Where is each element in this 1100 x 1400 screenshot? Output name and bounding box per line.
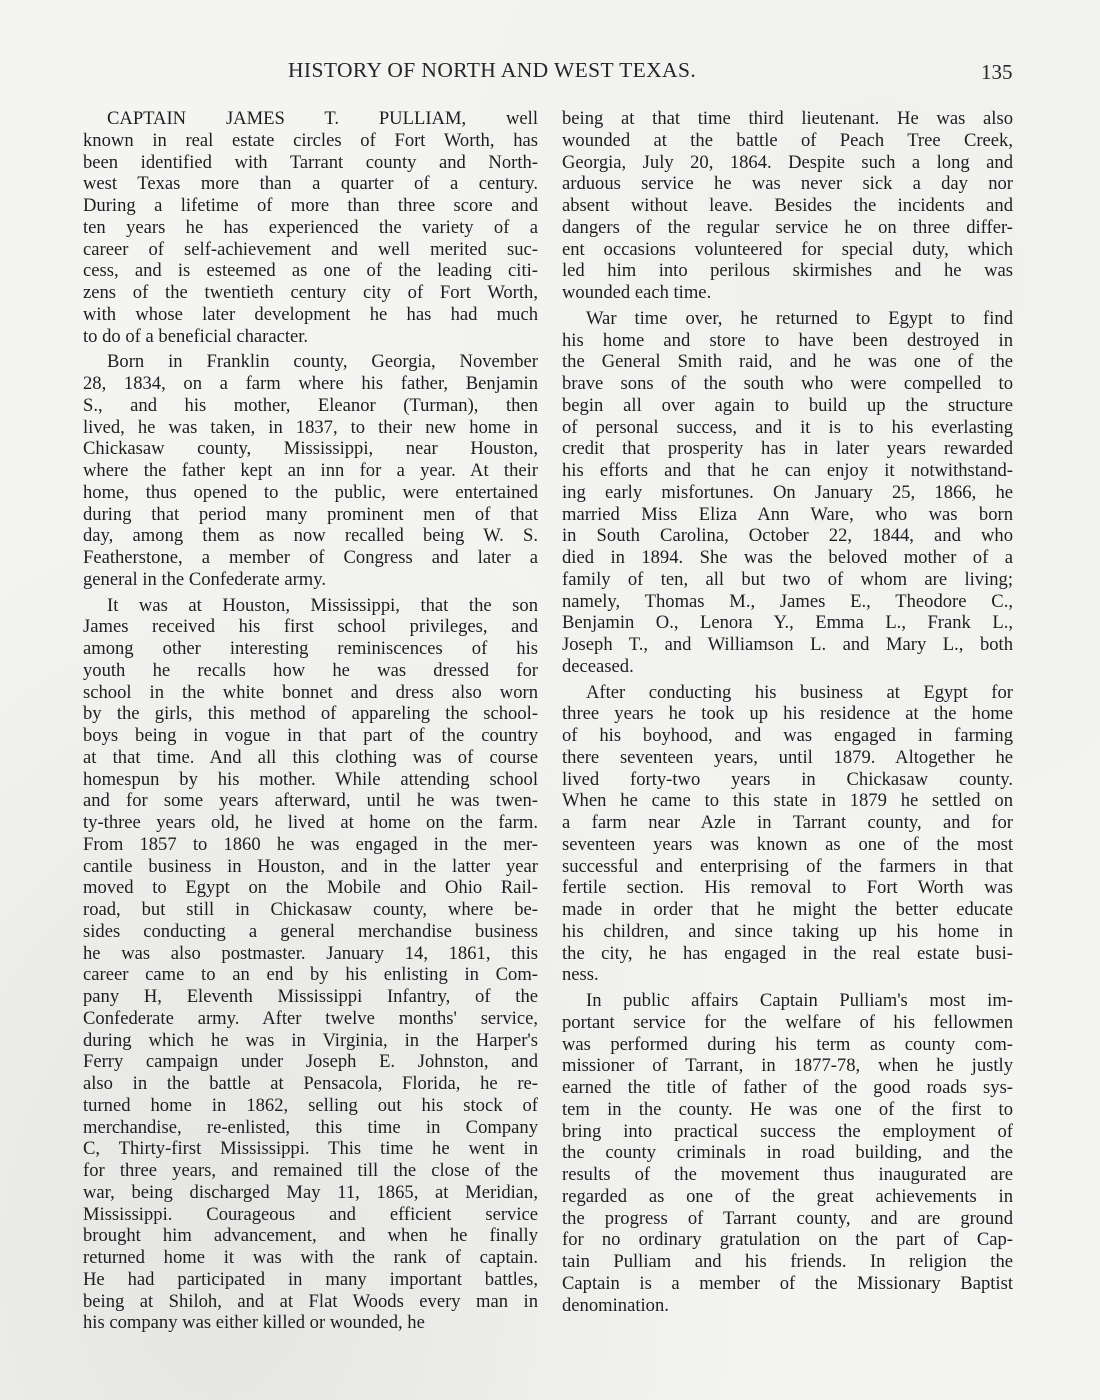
text-line: by the girls, this method of appareling … [83,703,538,725]
text-line: ness. [562,964,1013,986]
text-line: During a lifetime of more than three sco… [83,195,538,217]
text-line: career came to an end by his enlisting i… [83,964,538,986]
page-number: 135 [981,60,1013,85]
text-line: turned home in 1862, selling out his sto… [83,1095,538,1117]
text-line: west Texas more than a quarter of a cent… [83,173,538,195]
text-line: Confederate army. After twelve months' s… [83,1008,538,1030]
text-line: seventeen years was known as one of the … [562,834,1013,856]
paragraph: Born in Franklin county, Georgia, Novemb… [83,351,538,590]
text-line: credit that prosperity has in later year… [562,438,1013,460]
text-line: lived, he was taken, in 1837, to their n… [83,417,538,439]
text-line: road, but still in Chickasaw county, whe… [83,899,538,921]
text-line: brave sons of the south who were compell… [562,373,1013,395]
text-line: his efforts and that he can enjoy it not… [562,460,1013,482]
paragraph: War time over, he returned to Egypt to f… [562,308,1013,678]
text-line: among other interesting reminiscences of… [83,638,538,660]
running-head: HISTORY OF NORTH AND WEST TEXAS. 135 [0,58,1100,88]
text-line: wounded at the battle of Peach Tree Cree… [562,130,1013,152]
text-line: Mississippi. Courageous and efficient se… [83,1204,538,1226]
text-line: zens of the twentieth century city of Fo… [83,282,538,304]
text-line: of personal success, and it is to his ev… [562,417,1013,439]
text-line: After conducting his business at Egypt f… [562,682,1013,704]
text-line: sides conducting a general merchandise b… [83,921,538,943]
text-line: made in order that he might the better e… [562,899,1013,921]
text-line: merchandise, re-enlisted, this time in C… [83,1117,538,1139]
text-line: begin all over again to build up the str… [562,395,1013,417]
text-line: his home and store to have been destroye… [562,330,1013,352]
paragraph: In public affairs Captain Pulliam's most… [562,990,1013,1316]
text-line: arduous service he was never sick a day … [562,173,1013,195]
text-line: the county criminals in road building, a… [562,1142,1013,1164]
text-line: youth he recalls how he was dressed for [83,660,538,682]
text-line: absent without leave. Besides the incide… [562,195,1013,217]
text-line: a farm near Azle in Tarrant county, and … [562,812,1013,834]
text-line: and for some years afterward, until he w… [83,790,538,812]
text-line: cantile business in Houston, and in the … [83,856,538,878]
text-line: being at that time third lieutenant. He … [562,108,1013,130]
text-line: From 1857 to 1860 he was engaged in the … [83,834,538,856]
text-line: War time over, he returned to Egypt to f… [562,308,1013,330]
text-line: denomination. [562,1295,1013,1317]
text-line: Ferry campaign under Joseph E. Johnston,… [83,1051,538,1073]
text-line: ten years he has experienced the variety… [83,217,538,239]
text-line: his company was either killed or wounded… [83,1312,538,1334]
text-line: cess, and is esteemed as one of the lead… [83,260,538,282]
text-line: portant service for the welfare of his f… [562,1012,1013,1034]
text-line: in South Carolina, October 22, 1844, and… [562,525,1013,547]
text-line: there seventeen years, until 1879. Altog… [562,747,1013,769]
text-line: led him into perilous skirmishes and he … [562,260,1013,282]
text-line: Born in Franklin county, Georgia, Novemb… [83,351,538,373]
text-line: James received his first school privileg… [83,616,538,638]
text-line: married Miss Eliza Ann Ware, who was bor… [562,504,1013,526]
text-line: at that time. And all this clothing was … [83,747,538,769]
text-line: When he came to this state in 1879 he se… [562,790,1013,812]
text-line: war, being discharged May 11, 1865, at M… [83,1182,538,1204]
text-line: to do of a beneficial character. [83,326,538,348]
text-line: of his boyhood, and was engaged in farmi… [562,725,1013,747]
running-title: HISTORY OF NORTH AND WEST TEXAS. [288,58,696,83]
text-line: deceased. [562,656,1013,678]
text-line: tain Pulliam and his friends. In religio… [562,1251,1013,1273]
text-line: with whose later development he has had … [83,304,538,326]
text-line: ent occasions volunteered for special du… [562,239,1013,261]
text-line: known in real estate circles of Fort Wor… [83,130,538,152]
paragraph: CAPTAIN JAMES T. PULLIAM, wellknown in r… [83,108,538,347]
text-line: results of the movement thus inaugurated… [562,1164,1013,1186]
text-line: the city, he has engaged in the real est… [562,943,1013,965]
text-line: for three years, and remained till the c… [83,1160,538,1182]
text-line: he was also postmaster. January 14, 1861… [83,943,538,965]
text-line: also in the battle at Pensacola, Florida… [83,1073,538,1095]
text-line: In public affairs Captain Pulliam's most… [562,990,1013,1012]
text-line: Captain is a member of the Missionary Ba… [562,1273,1013,1295]
text-line: tem in the county. He was one of the fir… [562,1099,1013,1121]
text-line: school in the white bonnet and dress als… [83,682,538,704]
text-line: general in the Confederate army. [83,569,538,591]
text-line: moved to Egypt on the Mobile and Ohio Ra… [83,877,538,899]
paragraph: After conducting his business at Egypt f… [562,682,1013,987]
text-line: He had participated in many important ba… [83,1269,538,1291]
text-line: been identified with Tarrant county and … [83,152,538,174]
book-page: HISTORY OF NORTH AND WEST TEXAS. 135 CAP… [0,0,1100,1400]
text-line: family of ten, all but two of whom are l… [562,569,1013,591]
text-line: Benjamin O., Lenora Y., Emma L., Frank L… [562,612,1013,634]
text-line: pany H, Eleventh Mississippi Infantry, o… [83,986,538,1008]
text-line: It was at Houston, Mississippi, that the… [83,595,538,617]
left-column: CAPTAIN JAMES T. PULLIAM, wellknown in r… [83,108,538,1334]
text-line: CAPTAIN JAMES T. PULLIAM, well [83,108,538,130]
text-line: day, among them as now recalled being W.… [83,525,538,547]
text-line: for no ordinary gratulation on the part … [562,1229,1013,1251]
text-line: Featherstone, a member of Congress and l… [83,547,538,569]
text-line: during which he was in Virginia, in the … [83,1030,538,1052]
text-line: career of self-achievement and well meri… [83,239,538,261]
text-line: wounded each time. [562,282,1013,304]
text-line: was performed during his term as county … [562,1034,1013,1056]
text-line: homespun by his mother. While attending … [83,769,538,791]
text-line: three years he took up his residence at … [562,703,1013,725]
text-line: earned the title of father of the good r… [562,1077,1013,1099]
text-line: during that period many prominent men of… [83,504,538,526]
text-line: the progress of Tarrant county, and are … [562,1208,1013,1230]
paragraph: being at that time third lieutenant. He … [562,108,1013,304]
text-line: Chickasaw county, Mississippi, near Hous… [83,438,538,460]
text-line: the General Smith raid, and he was one o… [562,351,1013,373]
paragraph: It was at Houston, Mississippi, that the… [83,595,538,1335]
text-line: C, Thirty-first Mississippi. This time h… [83,1138,538,1160]
text-line: being at Shiloh, and at Flat Woods every… [83,1291,538,1313]
text-line: successful and enterprising of the farme… [562,856,1013,878]
text-line: ing early misfortunes. On January 25, 18… [562,482,1013,504]
text-line: S., and his mother, Eleanor (Turman), th… [83,395,538,417]
text-line: 28, 1834, on a farm where his father, Be… [83,373,538,395]
text-line: ty-three years old, he lived at home on … [83,812,538,834]
text-line: brought him advancement, and when he fin… [83,1225,538,1247]
text-line: Joseph T., and Williamson L. and Mary L.… [562,634,1013,656]
text-line: his children, and since taking up his ho… [562,921,1013,943]
text-line: lived forty-two years in Chickasaw count… [562,769,1013,791]
text-line: boys being in vogue in that part of the … [83,725,538,747]
text-line: Georgia, July 20, 1864. Despite such a l… [562,152,1013,174]
text-line: home, thus opened to the public, were en… [83,482,538,504]
text-line: where the father kept an inn for a year.… [83,460,538,482]
text-line: dangers of the regular service he on thr… [562,217,1013,239]
text-line: fertile section. His removal to Fort Wor… [562,877,1013,899]
text-line: died in 1894. She was the beloved mother… [562,547,1013,569]
text-line: namely, Thomas M., James E., Theodore C.… [562,591,1013,613]
text-line: bring into practical success the employm… [562,1121,1013,1143]
text-line: missioner of Tarrant, in 1877-78, when h… [562,1055,1013,1077]
text-line: returned home it was with the rank of ca… [83,1247,538,1269]
right-column: being at that time third lieutenant. He … [562,108,1013,1316]
text-line: regarded as one of the great achievement… [562,1186,1013,1208]
